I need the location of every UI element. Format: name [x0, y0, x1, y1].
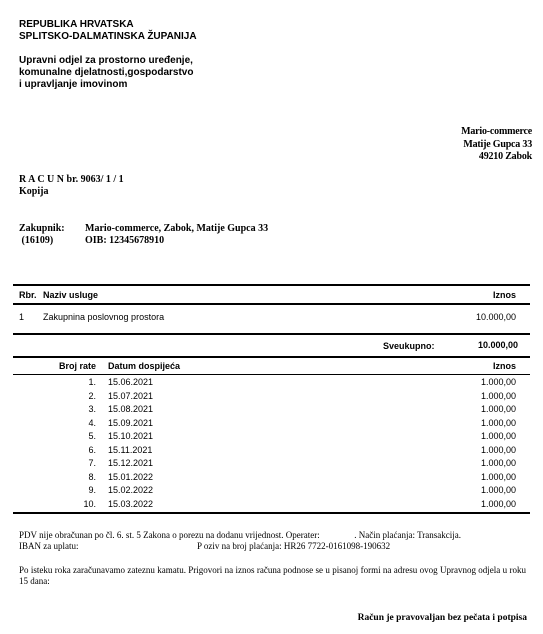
- vat-line: PDV nije obračunan po čl. 6. st. 5 Zakon…: [19, 530, 461, 541]
- due-date: 15.06.2021: [108, 376, 153, 390]
- invoice-heading: R A C U N br. 9063/ 1 / 1 Kopija: [19, 174, 124, 198]
- installment-no: 4.: [88, 417, 96, 431]
- due-date: 15.11.2021: [108, 444, 152, 458]
- payment-reference: P oziv na broj plaćanja: HR26 7722-01610…: [197, 541, 390, 552]
- table-row: 2.15.07.20211.000,00: [0, 390, 543, 404]
- issuer-header: REPUBLIKA HRVATSKA SPLITSKO-DALMATINSKA …: [19, 19, 197, 43]
- installment-amount: 1.000,00: [481, 457, 516, 471]
- recipient-city: 49210 Zabok: [461, 151, 532, 164]
- due-date: 15.09.2021: [108, 417, 153, 431]
- divider: [13, 356, 530, 358]
- payment-method: . Način plaćanja: Transakcija.: [354, 530, 461, 540]
- divider: [13, 374, 530, 375]
- table-row: 6.15.11.20211.000,00: [0, 444, 543, 458]
- col-header-no: Rbr.: [19, 290, 37, 301]
- installment-amount: 1.000,00: [481, 484, 516, 498]
- row-no: 1: [19, 312, 24, 323]
- due-date: 15.07.2021: [108, 390, 153, 404]
- total-value: 10.000,00: [478, 340, 518, 351]
- tenant-label: Zakupnik:: [19, 223, 85, 235]
- installment-no: 9.: [88, 484, 96, 498]
- department-line: Upravni odjel za prostorno uređenje,: [19, 55, 193, 67]
- table-row: 3.15.08.20211.000,00: [0, 403, 543, 417]
- installment-amount: 1.000,00: [481, 390, 516, 404]
- issuer-county: SPLITSKO-DALMATINSKA ŽUPANIJA: [19, 31, 197, 43]
- installment-amount: 1.000,00: [481, 376, 516, 390]
- table-row: 1.15.06.20211.000,00: [0, 376, 543, 390]
- recipient-name: Mario-commerce: [461, 126, 532, 139]
- row-service: Zakupnina poslovnog prostora: [43, 312, 164, 323]
- installment-no: 7.: [88, 457, 96, 471]
- iban-line: IBAN za uplatu: P oziv na broj plaćanja:…: [19, 541, 78, 552]
- copy-label: Kopija: [19, 186, 124, 198]
- installment-no: 5.: [88, 430, 96, 444]
- due-date: 15.10.2021: [108, 430, 153, 444]
- iban-label: IBAN za uplatu:: [19, 541, 78, 551]
- col-header-due-date: Datum dospijeća: [108, 361, 180, 372]
- table-row: 4.15.09.20211.000,00: [0, 417, 543, 431]
- due-date: 15.08.2021: [108, 403, 153, 417]
- divider: [13, 333, 530, 335]
- row-amount: 10.000,00: [476, 312, 516, 323]
- total-label: Sveukupno:: [383, 341, 435, 352]
- divider: [13, 303, 530, 305]
- due-date: 15.03.2022: [108, 498, 153, 512]
- installment-amount: 1.000,00: [481, 444, 516, 458]
- installment-no: 6.: [88, 444, 96, 458]
- divider: [13, 284, 530, 286]
- invoice-title: R A C U N br. 9063/ 1 / 1: [19, 174, 124, 186]
- vat-note: PDV nije obračunan po čl. 6. st. 5 Zakon…: [19, 530, 320, 540]
- installments-list: 1.15.06.20211.000,002.15.07.20211.000,00…: [0, 376, 543, 511]
- issuer-country: REPUBLIKA HRVATSKA: [19, 19, 197, 31]
- installment-no: 3.: [88, 403, 96, 417]
- installment-no: 8.: [88, 471, 96, 485]
- issuer-department: Upravni odjel za prostorno uređenje, kom…: [19, 55, 193, 91]
- tenant-details: Mario-commerce, Zabok, Matije Gupca 33: [85, 223, 268, 235]
- tenant-oib: OIB: 12345678910: [85, 235, 164, 247]
- due-date: 15.12.2021: [108, 457, 153, 471]
- table-row: 7.15.12.20211.000,00: [0, 457, 543, 471]
- installment-amount: 1.000,00: [481, 498, 516, 512]
- tenant-code: (16109): [19, 235, 85, 247]
- table-row: 10.15.03.20221.000,00: [0, 498, 543, 512]
- due-date: 15.02.2022: [108, 484, 153, 498]
- table-row: 5.15.10.20211.000,00: [0, 430, 543, 444]
- col-header-service: Naziv usluge: [43, 290, 98, 301]
- installment-amount: 1.000,00: [481, 430, 516, 444]
- terms-paragraph: Po isteku roka zaračunavamo zateznu kama…: [19, 565, 526, 587]
- installment-no: 2.: [88, 390, 96, 404]
- department-line: i upravljanje imovinom: [19, 79, 193, 91]
- col-header-installment-no: Broj rate: [59, 361, 96, 372]
- installment-no: 10.: [83, 498, 96, 512]
- table-row: 8.15.01.20221.000,00: [0, 471, 543, 485]
- table-row: 9.15.02.20221.000,00: [0, 484, 543, 498]
- recipient-address: Mario-commerce Matije Gupca 33 49210 Zab…: [461, 126, 532, 164]
- recipient-street: Matije Gupca 33: [461, 139, 532, 152]
- installment-no: 1.: [88, 376, 96, 390]
- installment-amount: 1.000,00: [481, 417, 516, 431]
- installment-amount: 1.000,00: [481, 403, 516, 417]
- tenant-info: Zakupnik: Mario-commerce, Zabok, Matije …: [19, 223, 268, 247]
- due-date: 15.01.2022: [108, 471, 153, 485]
- validity-note: Račun je pravovaljan bez pečata i potpis…: [358, 613, 527, 623]
- col-header-amount: Iznos: [493, 290, 516, 301]
- department-line: komunalne djelatnosti,gospodarstvo: [19, 67, 193, 79]
- col-header-installment-amount: Iznos: [493, 361, 516, 372]
- divider: [13, 512, 530, 514]
- installment-amount: 1.000,00: [481, 471, 516, 485]
